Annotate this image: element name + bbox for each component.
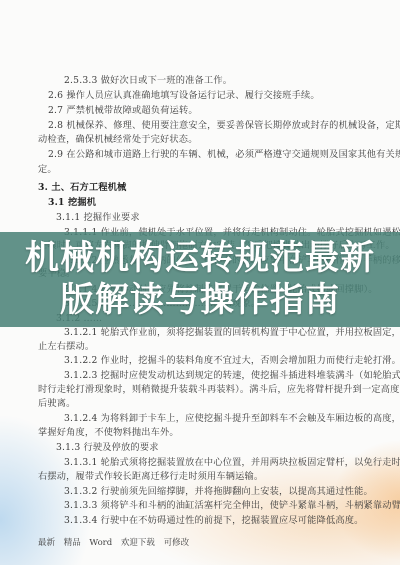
document-line: 3.1.3.3 须将铲斗和斗柄的油缸活塞杆完全伸出，使铲斗紧靠斗柄，斗柄紧靠动臂… [64,500,400,512]
document-line: 定。 [38,164,57,176]
section-heading: 3. 土、石方工程机械 [38,182,127,194]
document-line: 3.1.2.4 为将料卸于卡车上，应使挖掘斗提升至卸料车不会触及车厢边板的高度，… [64,413,400,425]
document-line: 3.1.2.2 作业时，挖掘斗的装料角度不宜过大，否则会增加阻力而使行走轮打滑。 [64,355,400,367]
banner-title-line-1: 机械机构运转规范最新 [0,238,400,278]
banner-title-line-2: 版解读与操作指南 [0,280,400,320]
document-line: 2.5.3.3 做好次日或下一班的准备工作。 [64,75,232,87]
document-line: 动检查，确保机械经常处于完好状态。 [38,134,198,146]
document-line: 3.1.3.1 轮胎式须将挖掘装置放在中心位置，并用两块拉板固定臂杆，以免行走时… [64,457,400,469]
document-line: 3.1.3.4 行驶中在不妨碍通过性的前提下，挖掘装置应尽可能降低高度。 [64,515,364,527]
document-line: 3.1.2.1 轮胎式作业前，须将挖掘装置的回转机构置于中心位置，并用拉板固定，… [64,327,400,339]
title-banner: 机械机构运转规范最新 版解读与操作指南 [0,232,400,327]
document-line: 后驶离。 [38,398,76,410]
document-line: 2.6 操作人员应认真准确地填写设备运行记录、履行交接班手续。 [48,90,320,102]
document-line: 时行走轮打滑现象时，则稍微提升装载斗再装料）。满斗后，应先将臂杆提升到一定高度，… [38,384,400,396]
document-line: 止左右摆动。 [38,341,94,353]
document-line: 2.7 严禁机械带故障或超负荷运转。 [48,105,198,117]
document-footer: 最新 精品 Word 欢迎下载 可修改 [38,536,189,548]
document-line: 3.1.3.2 行驶前须先回缩撑脚，并将拖脚翻向上安装，以提高其通过性能。 [64,486,373,498]
document-line: 2.9 在公路和城市道路上行驶的车辆、机械，必须严格遵守交通规则及国家其他有关规 [48,149,400,161]
document-line: 右摆动，履带式作较长距离迁移行走时须用车辆运输。 [38,471,263,483]
section-heading: 3.1 挖掘机 [48,197,96,209]
document-line: 掌握好角度，不使物料抛出车外。 [38,427,179,439]
document-line: 3.1.3 行驶及停放的要求 [56,442,159,454]
document-line: 2.8 机械保养、修理、使用要注意安全，要妥善保管长期停放或封存的机械设备，定期… [48,120,400,132]
document-line: 3.1.1 挖掘作业要求 [56,212,140,224]
document-line: 3.1.2.3 挖掘时应使发动机达到规定的转速，使挖掘斗插进料堆装满斗（如轮胎式… [64,370,400,382]
